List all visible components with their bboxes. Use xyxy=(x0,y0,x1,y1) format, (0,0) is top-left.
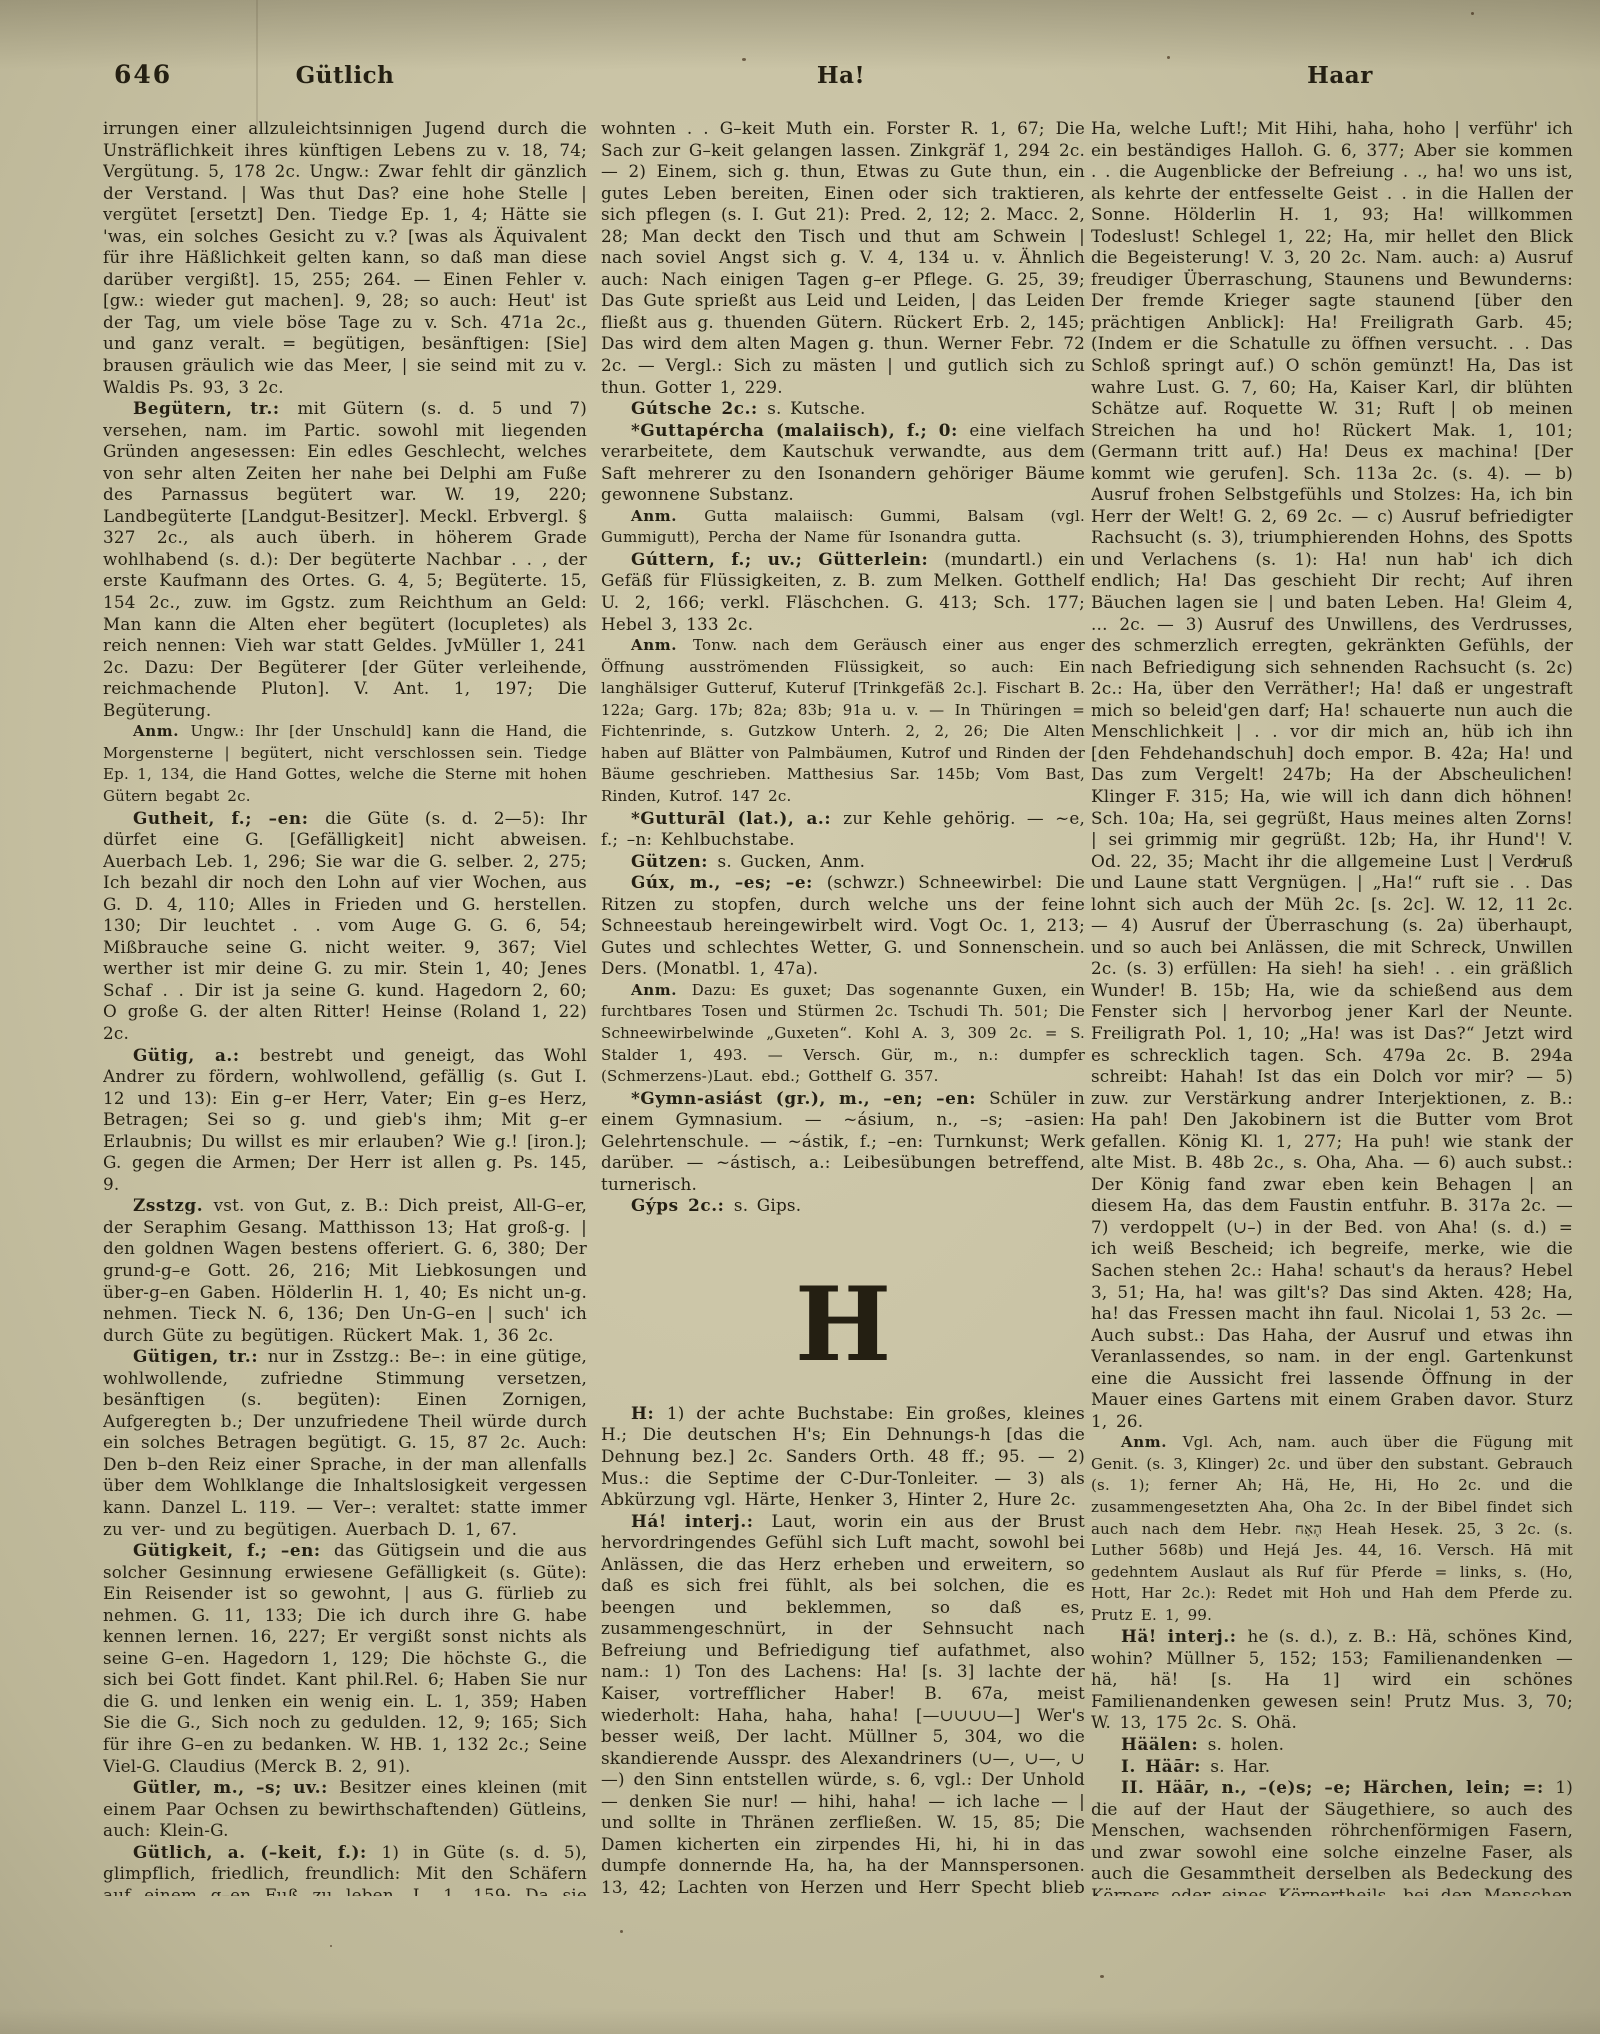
headword: Gützen: xyxy=(631,851,718,871)
headword: Hä! interj.: xyxy=(1121,1626,1247,1646)
headword: *Guttapércha (malaiisch), f.; 0: xyxy=(631,420,969,440)
dictionary-entry: Gütler, m., –s; uv.: Besitzer eines klei… xyxy=(103,1777,587,1842)
dictionary-entry: *Gymn-asiást (gr.), m., –en; –en: Schüle… xyxy=(601,1088,1085,1196)
headword: Gütler, m., –s; uv.: xyxy=(133,1777,339,1797)
annotation-paragraph: Anm. Gutta malaiisch: Gummi, Balsam (vgl… xyxy=(601,506,1085,549)
continuation-paragraph: irrungen einer allzuleichtsinnigen Jugen… xyxy=(103,118,587,398)
headword: Gutheit, f.; –en: xyxy=(133,808,325,828)
headword: Gütigkeit, f.; –en: xyxy=(133,1540,334,1560)
headword: Anm. xyxy=(133,722,190,740)
page-number: 646 xyxy=(114,60,172,89)
running-head-right: Haar xyxy=(1210,62,1470,89)
dictionary-entry: II. Häār, n., –(e)s; –e; Härchen, lein; … xyxy=(1091,1777,1573,1896)
dictionary-entry: Gútsche 2c.: s. Kutsche. xyxy=(601,398,1085,420)
dictionary-entry: Gütig, a.: bestrebt und geneigt, das Woh… xyxy=(103,1045,587,1196)
headword: II. Häār, n., –(e)s; –e; Härchen, lein; … xyxy=(1121,1777,1555,1797)
text-column-middle: wohnten . . G–keit Muth ein. Forster R. … xyxy=(601,118,1085,1896)
text-column-left: irrungen einer allzuleichtsinnigen Jugen… xyxy=(103,118,587,1896)
headword: Begütern, tr.: xyxy=(133,398,297,418)
continuation-paragraph: wohnten . . G–keit Muth ein. Forster R. … xyxy=(601,118,1085,398)
dictionary-entry: Gúttern, f.; uv.; Gütterlein: (mundartl.… xyxy=(601,549,1085,635)
ink-speck xyxy=(1167,56,1170,59)
dictionary-entry: Begütern, tr.: mit Gütern (s. d. 5 und 7… xyxy=(103,398,587,721)
scanned-dictionary-page: 646 Gütlich Ha! Haar irrungen einer allz… xyxy=(0,0,1600,2034)
headword: Anm. xyxy=(1121,1433,1183,1451)
annotation-paragraph: Anm. Vgl. Ach, nam. auch über die Fügung… xyxy=(1091,1432,1573,1626)
headword: Anm. xyxy=(631,636,693,654)
headword: Zsstzg. xyxy=(133,1195,214,1215)
ink-speck xyxy=(1100,1975,1104,1978)
annotation-paragraph: Anm. Ungw.: Ihr [der Unschuld] kann die … xyxy=(103,721,587,807)
dictionary-entry: Gýps 2c.: s. Gips. xyxy=(601,1195,1085,1217)
headword: Há! interj.: xyxy=(631,1511,772,1531)
ink-speck xyxy=(742,58,746,61)
headword: *Gutturāl (lat.), a.: xyxy=(631,808,843,828)
dictionary-entry: Gutheit, f.; –en: die Güte (s. d. 2—5): … xyxy=(103,808,587,1045)
dictionary-entry: Gütigen, tr.: nur in Zsstzg.: Be–: in ei… xyxy=(103,1346,587,1540)
headword: H: xyxy=(631,1403,667,1423)
annotation-paragraph: Anm. Dazu: Es guxet; Das sogenannte Guxe… xyxy=(601,980,1085,1088)
headword: Gütlich, a. (–keit, f.): xyxy=(133,1842,382,1862)
headword: *Gymn-asiást (gr.), m., –en; –en: xyxy=(631,1088,989,1108)
ink-speck xyxy=(1540,860,1544,864)
dictionary-entry: H: 1) der achte Buchstabe: Ein großes, k… xyxy=(601,1403,1085,1511)
dictionary-entry: *Gutturāl (lat.), a.: zur Kehle gehörig.… xyxy=(601,808,1085,851)
annotation-paragraph: Anm. Tonw. nach dem Geräusch einer aus e… xyxy=(601,635,1085,807)
dictionary-entry: Hä! interj.: he (s. d.), z. B.: Hä, schö… xyxy=(1091,1626,1573,1734)
continuation-paragraph: Ha, welche Luft!; Mit Hihi, haha, hoho |… xyxy=(1091,118,1573,1432)
running-head-middle: Ha! xyxy=(711,62,971,89)
headword: Gútsche 2c.: xyxy=(631,398,767,418)
section-initial-letter: H xyxy=(601,1217,1085,1403)
dictionary-entry: Gúx, m., –es; –e: (schwzr.) Schneewirbel… xyxy=(601,872,1085,980)
headword: Anm. xyxy=(631,981,692,999)
dictionary-entry: Häälen: s. holen. xyxy=(1091,1734,1573,1756)
headword: Gütig, a.: xyxy=(133,1045,260,1065)
headword: Anm. xyxy=(631,507,704,525)
text-column-right: Ha, welche Luft!; Mit Hihi, haha, hoho |… xyxy=(1091,118,1573,1896)
dictionary-entry: I. Häār: s. Har. xyxy=(1091,1756,1573,1778)
headword: Häälen: xyxy=(1121,1734,1208,1754)
headword: Gúx, m., –es; –e: xyxy=(631,872,827,892)
ink-speck xyxy=(620,1930,623,1933)
running-head-left: Gütlich xyxy=(215,62,475,89)
ink-speck xyxy=(1471,12,1474,15)
dictionary-entry: *Guttapércha (malaiisch), f.; 0: eine vi… xyxy=(601,420,1085,506)
headword: Gýps 2c.: xyxy=(631,1195,734,1215)
ink-speck xyxy=(330,1945,332,1947)
headword: Gúttern, f.; uv.; Gütterlein: xyxy=(631,549,944,569)
dictionary-entry: Gütlich, a. (–keit, f.): 1) in Güte (s. … xyxy=(103,1842,587,1896)
dictionary-entry: Gütigkeit, f.; –en: das Gütigsein und di… xyxy=(103,1540,587,1777)
headword: Gütigen, tr.: xyxy=(133,1346,268,1366)
dictionary-entry: Zsstzg. vst. von Gut, z. B.: Dich preist… xyxy=(103,1195,587,1346)
headword: I. Häār: xyxy=(1121,1756,1210,1776)
dictionary-entry: Gützen: s. Gucken, Anm. xyxy=(601,851,1085,873)
dictionary-entry: Há! interj.: Laut, worin ein aus der Bru… xyxy=(601,1511,1085,1896)
